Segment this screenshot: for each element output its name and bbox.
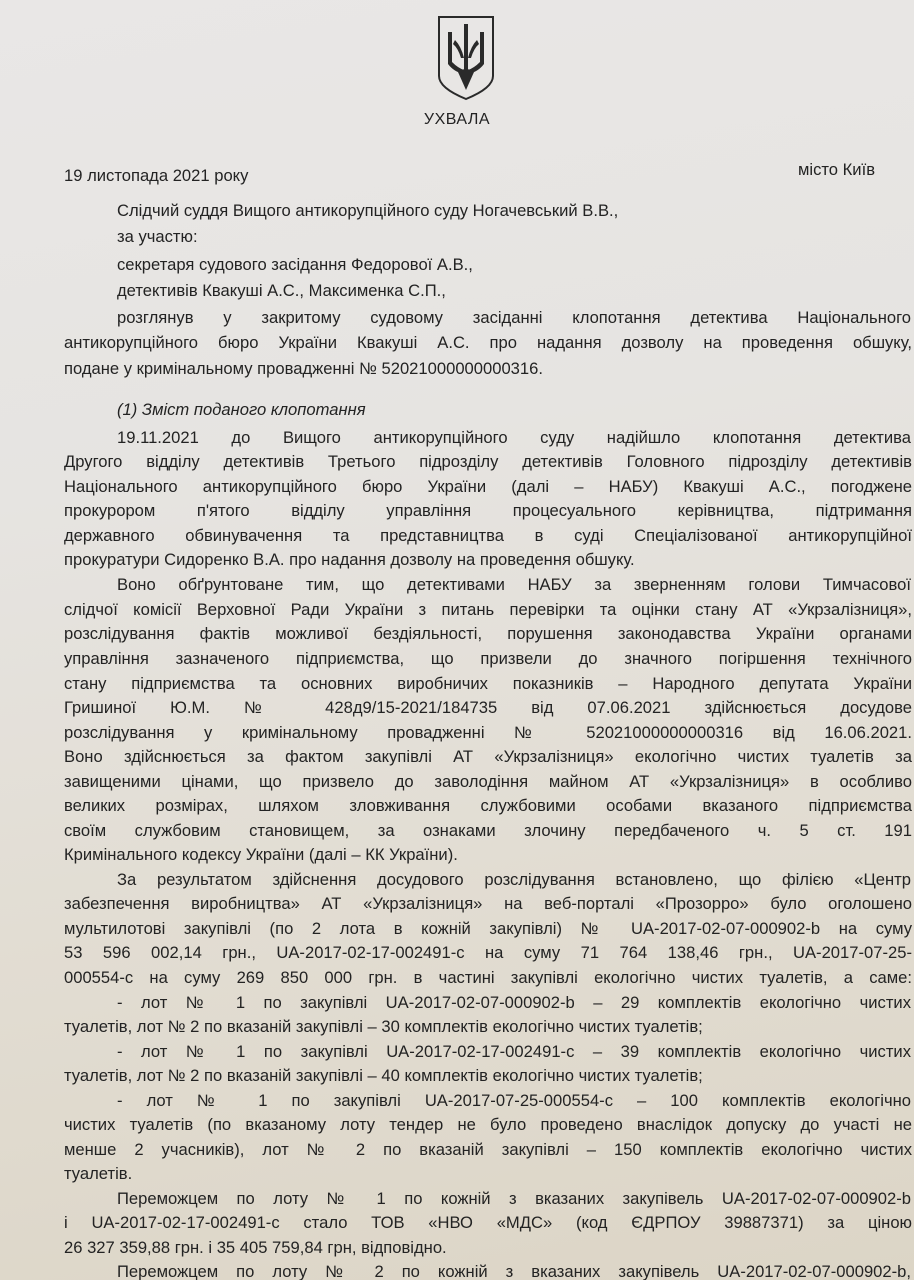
intro-line: секретаря судового засідання Федорової А… xyxy=(117,255,473,275)
body-line: мультилотові закупівлі (по 2 лота в кожн… xyxy=(64,919,912,939)
body-line: Воно здійснюється за фактом закупівлі АТ… xyxy=(64,747,912,767)
body-line: Другого відділу детективів Третього підр… xyxy=(64,452,912,472)
document-title: УХВАЛА xyxy=(0,111,914,129)
trident-coat-of-arms-icon xyxy=(436,14,496,102)
body-line: Національного антикорупційного бюро Укра… xyxy=(64,477,912,497)
body-line: туалетів. xyxy=(64,1164,132,1184)
body-line: забезпечення виробництва» АТ «Укрзалізни… xyxy=(64,894,912,914)
body-line: Воно обґрунтоване тим, що детективами НА… xyxy=(117,575,911,595)
body-line: 26 327 359,88 грн. і 35 405 759,84 грн, … xyxy=(64,1238,447,1258)
ruling-date: 19 листопада 2021 року xyxy=(64,166,248,186)
body-line: - лот № 1 по закупівлі UA-2017-02-07-000… xyxy=(117,993,911,1013)
body-line: 53 596 002,14 грн., UA-2017-02-17-002491… xyxy=(64,943,912,963)
body-line: менше 2 учасників), лот № 2 по вказаній … xyxy=(64,1140,912,1160)
body-line: За результатом здійснення досудового роз… xyxy=(117,870,911,890)
court-ruling-page: УХВАЛА 19 листопада 2021 року місто Київ… xyxy=(0,0,914,1280)
body-line: Переможцем по лоту № 2 по кожній з вказа… xyxy=(117,1262,911,1280)
body-line: завищеними цінами, що призвело до заволо… xyxy=(64,772,912,792)
intro-line: розглянув у закритому судовому засіданні… xyxy=(117,308,911,328)
body-line: 000554-c на суму 269 850 000 грн. в част… xyxy=(64,968,912,988)
body-line: стану підприємства та основних виробничи… xyxy=(64,674,912,694)
intro-line: Слідчий суддя Вищого антикорупційного су… xyxy=(117,201,618,221)
body-line: прокурором п'ятого відділу управління пр… xyxy=(64,501,912,521)
section-heading: (1) Зміст поданого клопотання xyxy=(117,400,366,420)
body-line: - лот № 1 по закупівлі UA-2017-07-25-000… xyxy=(117,1091,911,1111)
body-line: Переможцем по лоту № 1 по кожній з вказа… xyxy=(117,1189,911,1209)
intro-line: за участю: xyxy=(117,227,198,247)
body-line: чистих туалетів (по вказаному лоту тенде… xyxy=(64,1115,912,1135)
body-line: туалетів, лот № 2 по вказаній закупівлі … xyxy=(64,1017,703,1037)
intro-line: подане у кримінальному провадженні № 520… xyxy=(64,359,543,379)
body-line: розслідування у кримінальному провадженн… xyxy=(64,723,912,743)
body-line: Гришиної Ю.М. № 428д9/15-2021/184735 від… xyxy=(64,698,912,718)
body-line: розслідування фактів можливої бездіяльно… xyxy=(64,624,912,644)
ruling-place: місто Київ xyxy=(798,160,875,180)
body-line: туалетів, лот № 2 по вказаній закупівлі … xyxy=(64,1066,703,1086)
body-line: управління зазначеного підприємства, що … xyxy=(64,649,912,669)
body-line: - лот № 1 по закупівлі UA-2017-02-17-002… xyxy=(117,1042,911,1062)
body-line: і UA-2017-02-17-002491-c стало ТОВ «НВО … xyxy=(64,1213,912,1233)
body-line: своїм службовим становищем, за ознаками … xyxy=(64,821,912,841)
body-line: прокуратури Сидоренко В.А. про надання д… xyxy=(64,550,635,570)
intro-line: антикорупційного бюро України Квакуші А.… xyxy=(64,333,912,353)
body-line: Кримінального кодексу України (далі – КК… xyxy=(64,845,458,865)
body-line: слідчої комісії Верховної Ради України з… xyxy=(64,600,912,620)
body-line: державного обвинувачення та представницт… xyxy=(64,526,912,546)
body-line: 19.11.2021 до Вищого антикорупційного су… xyxy=(117,428,911,448)
body-line: великих розмірах, шляхом зловживання слу… xyxy=(64,796,912,816)
intro-line: детективів Квакуші А.С., Максименка С.П.… xyxy=(117,281,446,301)
